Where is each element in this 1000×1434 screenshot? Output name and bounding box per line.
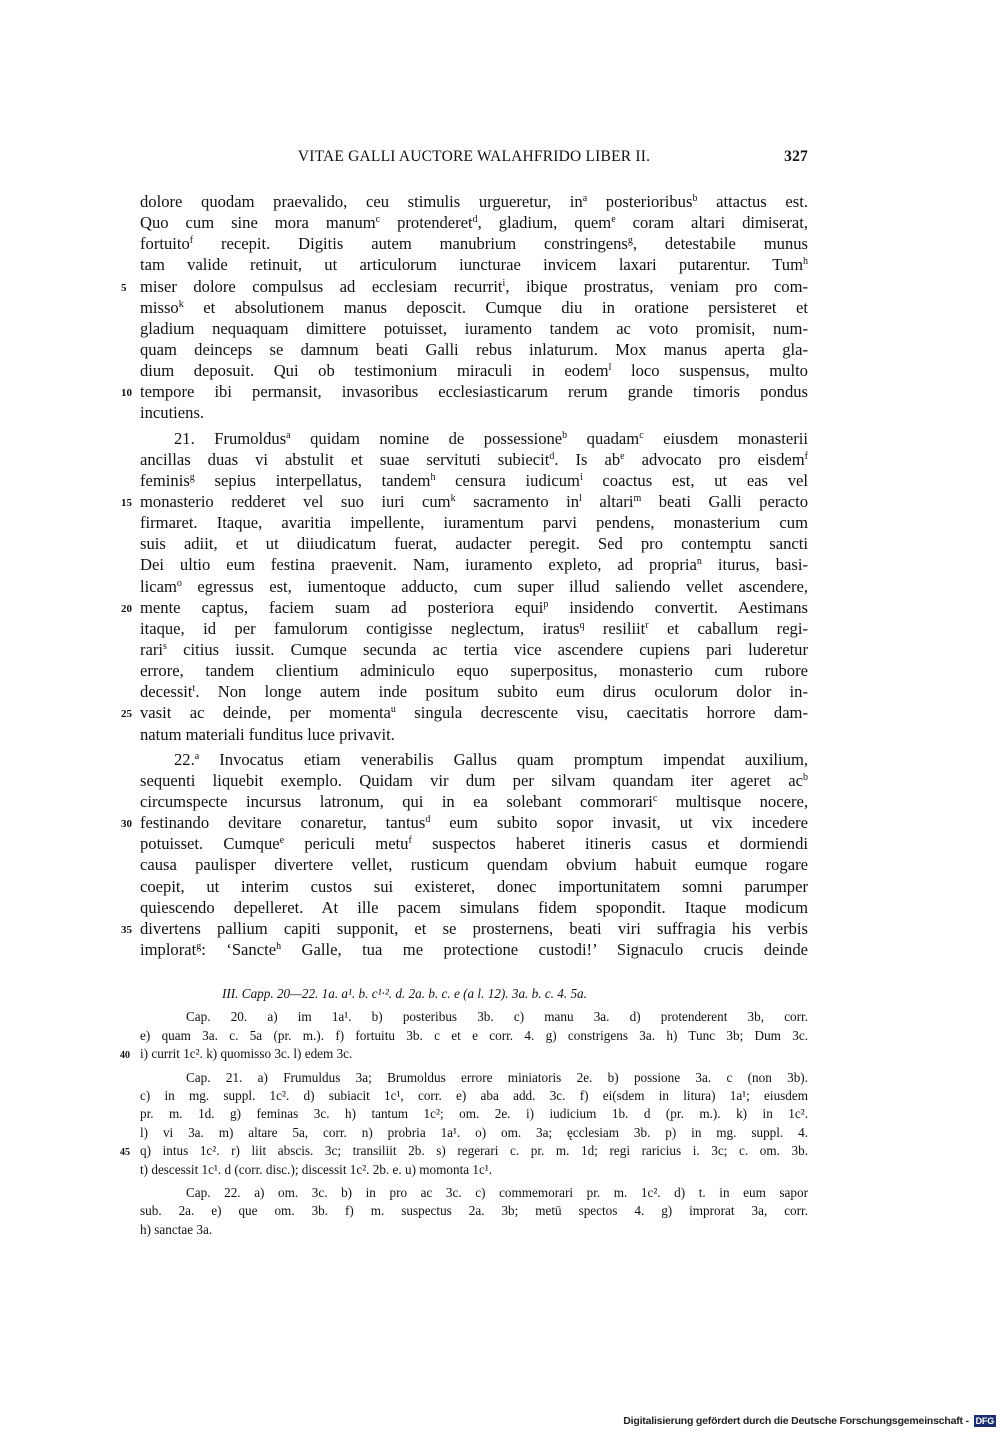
page-number: 327 [784, 148, 808, 166]
footnote-marker: p [543, 599, 548, 610]
text-line: 10tempore ibi permansit, invasoribus ecc… [140, 381, 808, 402]
text-line: 21. Frumoldusa quidam nomine de possessi… [140, 428, 808, 449]
text-line: imploratg: ‘Sancteh Galle, tua me protec… [140, 939, 808, 960]
apparatus-line: 40i) currit 1c². k) quomisso 3c. l) edem… [140, 1045, 808, 1063]
text-line: incutiens. [140, 402, 808, 423]
footnote-marker: l [609, 362, 612, 373]
footnote-marker: f [190, 235, 193, 246]
footnote-marker: e [280, 835, 284, 846]
footnote-marker: i [503, 278, 506, 289]
text-line: 5miser dolore compulsus ad ecclesiam rec… [140, 276, 808, 297]
apparatus-line: h) sanctae 3a. [140, 1221, 808, 1239]
footnote-marker: d [473, 214, 478, 225]
footnote-marker: a [286, 430, 290, 441]
text-line: 22.a Invocatus etiam venerabilis Gallus … [140, 749, 808, 770]
text-line: errore, tandem clientium adminiculo equo… [140, 660, 808, 681]
footnote-marker: f [805, 451, 808, 462]
dfg-logo-icon: DFG [974, 1415, 996, 1427]
footnote-marker: c [376, 214, 380, 225]
text-line: firmaret. Itaque, avaritia impellente, i… [140, 512, 808, 533]
apparatus-line: l) vi 3a. m) altare 5a, corr. n) probria… [140, 1124, 808, 1142]
digitization-credit: Digitalisierung gefördert durch die Deut… [623, 1415, 996, 1427]
footnote-marker: b [692, 193, 697, 204]
footnote-marker: k [451, 493, 456, 504]
text-line: natum materiali funditus luce privavit. [140, 724, 808, 745]
footnote-marker: k [179, 299, 184, 310]
footnote-marker: b [803, 772, 808, 783]
text-line: Quo cum sine mora manumc protenderetd, g… [140, 212, 808, 233]
text-line: 35divertens pallium capiti supponit, et … [140, 918, 808, 939]
footnote-marker: i [580, 472, 583, 483]
footnote-marker: a [195, 751, 199, 762]
text-line: coepit, ut interim custos sui existeret,… [140, 876, 808, 897]
text-line: quam deinceps se damnum beati Galli rebu… [140, 339, 808, 360]
line-number: 15 [121, 493, 132, 514]
footnote-marker: n [697, 556, 702, 567]
footnote-marker: a [583, 193, 587, 204]
text-line: 15monasterio redderet vel suo iuri cumk … [140, 491, 808, 512]
critical-apparatus: III. Capp. 20—22. 1a. a¹. b. c¹·². d. 2a… [140, 985, 808, 1239]
text-line: quiescendo depelleret. At ille pacem sim… [140, 897, 808, 918]
text-line: causa paulisper divertere vellet, rustic… [140, 854, 808, 875]
text-line: suis adiit, et ut diiudicatum fuerat, au… [140, 533, 808, 554]
text-line: feminisg sepius interpellatus, tandemh c… [140, 470, 808, 491]
text-line: circumspecte incursus latronum, qui in e… [140, 791, 808, 812]
sigla-line: III. Capp. 20—22. 1a. a¹. b. c¹·². d. 2a… [202, 985, 808, 1003]
text-line: missok et absolutionem manus deposcit. C… [140, 297, 808, 318]
footnote-marker: m [633, 493, 641, 504]
footnote-marker: d [425, 814, 430, 825]
footnote-marker: c [639, 430, 643, 441]
apparatus-line: Cap. 22. a) om. 3c. b) in pro ac 3c. c) … [140, 1184, 808, 1202]
footnote-marker: e [611, 214, 615, 225]
text-line: dium deposuit. Qui ob testimonium miracu… [140, 360, 808, 381]
line-number: 5 [121, 278, 127, 299]
line-number: 35 [121, 920, 132, 941]
apparatus-line: pr. m. 1d. g) feminas 3c. h) tantum 1c²;… [140, 1105, 808, 1123]
text-line: ancillas duas vi abstulit et suae servit… [140, 449, 808, 470]
footnote-marker: c [653, 793, 657, 804]
footnote-marker: h [430, 472, 435, 483]
main-text: dolore quodam praevalido, ceu stimulis u… [140, 191, 808, 960]
document-page: VITAE GALLI AUCTORE WALAHFRIDO LIBER II.… [0, 0, 1000, 1434]
apparatus-line: Cap. 20. a) im 1a¹. b) posteribus 3b. c)… [140, 1008, 808, 1026]
text-line: tam valide retinuit, ut articulorum iunc… [140, 254, 808, 275]
footnote-marker: u [391, 704, 396, 715]
line-number: 45 [120, 1144, 130, 1162]
apparatus-line: e) quam 3a. c. 5a (pr. m.). f) fortuitu … [140, 1027, 808, 1045]
text-line: itaque, id per famulorum contigisse negl… [140, 618, 808, 639]
apparatus-line: c) in mg. suppl. 1c². d) subiacit 1c¹, c… [140, 1087, 808, 1105]
footnote-marker: g [196, 941, 201, 952]
text-line: licamo egressus est, iumentoque adducto,… [140, 576, 808, 597]
footnote-marker: o [177, 578, 182, 589]
line-number: 20 [121, 599, 132, 620]
text-line: sequenti liquebit exemplo. Quidam vir du… [140, 770, 808, 791]
line-number: 25 [121, 704, 132, 725]
footnote-marker: r [645, 620, 648, 631]
text-line: 30festinando devitare conaretur, tantusd… [140, 812, 808, 833]
footnote-marker: f [408, 835, 411, 846]
footnote-marker: s [163, 641, 167, 652]
text-line: raris citius iussit. Cumque secunda ac t… [140, 639, 808, 660]
footnote-marker: h [276, 941, 281, 952]
footnote-marker: b [562, 430, 567, 441]
text-line: gladium nequaquam dimittere potuisset, i… [140, 318, 808, 339]
line-number: 10 [121, 383, 132, 404]
footnote-marker: h [803, 256, 808, 267]
text-line: 20mente captus, faciem suam ad posterior… [140, 597, 808, 618]
running-title: VITAE GALLI AUCTORE WALAHFRIDO LIBER II. [140, 148, 808, 166]
footnote-marker: g [190, 472, 195, 483]
running-header: VITAE GALLI AUCTORE WALAHFRIDO LIBER II.… [140, 148, 808, 170]
footnote-marker: d [549, 451, 554, 462]
text-line: dolore quodam praevalido, ceu stimulis u… [140, 191, 808, 212]
apparatus-line: 45q) intus 1c². r) liit abscis. 3c; tran… [140, 1142, 808, 1160]
apparatus-line: Cap. 21. a) Frumuldus 3a; Brumoldus erro… [140, 1069, 808, 1087]
footnote-marker: t [193, 683, 196, 694]
footnote-marker: e [620, 451, 624, 462]
text-line: 25vasit ac deinde, per momentau singula … [140, 702, 808, 723]
text-line: Dei ultio eum festina praevenit. Nam, iu… [140, 554, 808, 575]
footnote-marker: q [579, 620, 584, 631]
footnote-marker: l [579, 493, 582, 504]
text-line: fortuitof recepit. Digitis autem manubri… [140, 233, 808, 254]
line-number: 40 [120, 1047, 130, 1065]
credit-text: Digitalisierung gefördert durch die Deut… [623, 1415, 969, 1427]
text-line: decessitt. Non longe autem inde positum … [140, 681, 808, 702]
apparatus-line: sub. 2a. e) que om. 3b. f) m. suspectus … [140, 1202, 808, 1220]
line-number: 30 [121, 814, 132, 835]
text-line: potuisset. Cumquee periculi metuf suspec… [140, 833, 808, 854]
footnote-marker: g [628, 235, 633, 246]
apparatus-line: t) descessit 1c¹. d (corr. disc.); disce… [140, 1161, 808, 1179]
